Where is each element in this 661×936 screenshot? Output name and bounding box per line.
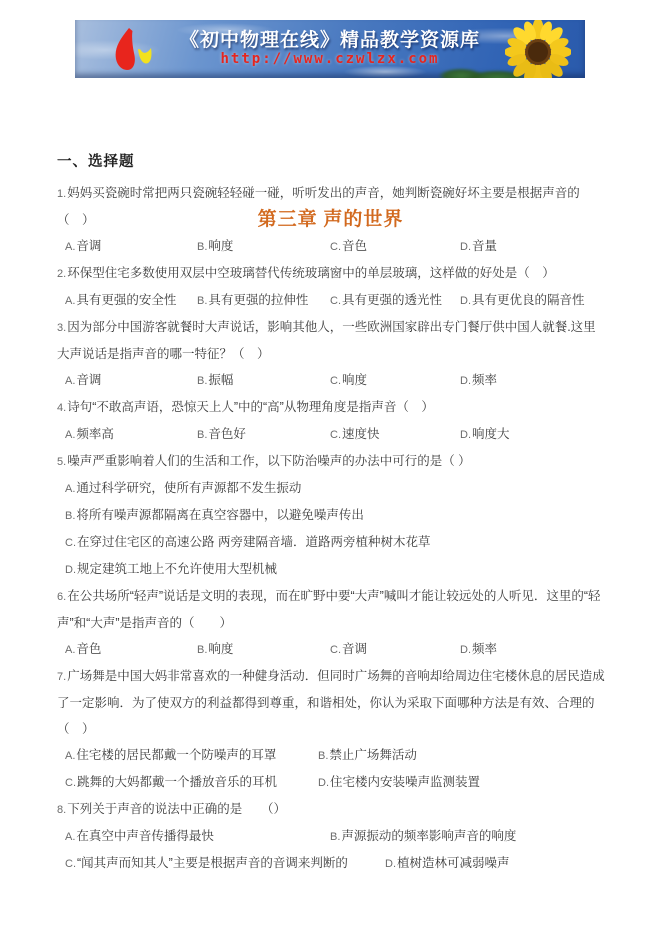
question-text: 3.因为部分中国游客就餐时大声说话，影响其他人，一些欧洲国家辟出专门餐厅供中国人… xyxy=(57,314,607,367)
answer-option: C.具有更强的透光性 xyxy=(330,287,460,314)
answer-option: B.声源振动的频率影响声音的响度 xyxy=(330,823,516,850)
question-block: 4.诗句“不敢高声语，恐惊天上人”中的“高”从物理角度是指声音（ ）A.频率高B… xyxy=(57,394,607,448)
option-letter: D. xyxy=(460,241,472,253)
answer-option: B.音色好 xyxy=(197,421,330,448)
option-row: A.频率高B.音色好C.速度快D.响度大 xyxy=(57,421,607,448)
section-heading: 一、选择题 xyxy=(57,152,135,172)
answer-option: D.频率 xyxy=(460,636,497,663)
option-letter: A. xyxy=(65,644,76,656)
question-block: 6.在公共场所“轻声”说话是文明的表现，而在旷野中要“大声”喊叫才能让较远处的人… xyxy=(57,583,607,663)
option-letter: C. xyxy=(330,241,342,253)
option-letter: D. xyxy=(460,644,472,656)
answer-option: A.通过科学研究，使所有声源都不发生振动 xyxy=(65,475,301,502)
answer-option: C.“闻其声而知其人”主要是根据声音的音调来判断的 xyxy=(65,850,385,877)
option-letter: C. xyxy=(65,537,77,549)
question-text: 8.下列关于声音的说法中正确的是 （） xyxy=(57,796,607,823)
question-text: 7.广场舞是中国大妈非常喜欢的一种健身活动．但同时广场舞的音响却给周边住宅楼休息… xyxy=(57,663,607,742)
answer-option: C.音色 xyxy=(330,233,460,260)
question-number: 3. xyxy=(57,322,67,334)
answer-option: B.响度 xyxy=(197,636,330,663)
option-letter: A. xyxy=(65,429,76,441)
option-letter: A. xyxy=(65,241,76,253)
answer-option: B.具有更强的拉伸性 xyxy=(197,287,330,314)
question-text: 5.噪声严重影响着人们的生活和工作，以下防治噪声的办法中可行的是（ ） xyxy=(57,448,607,475)
option-letter: C. xyxy=(330,295,342,307)
question-block: 3.因为部分中国游客就餐时大声说话，影响其他人，一些欧洲国家辟出专门餐厅供中国人… xyxy=(57,314,607,394)
option-row: A.音调B.响度C.音色D.音量 xyxy=(57,233,607,260)
answer-option: A.音色 xyxy=(65,636,197,663)
answer-option: D.规定建筑工地上不允许使用大型机械 xyxy=(65,556,277,583)
question-block: 2.环保型住宅多数使用双层中空玻璃替代传统玻璃窗中的单层玻璃，这样做的好处是（ … xyxy=(57,260,607,314)
answer-option: D.住宅楼内安装噪声监测装置 xyxy=(318,769,480,796)
answer-option: D.响度大 xyxy=(460,421,510,448)
question-block: 5.噪声严重影响着人们的生活和工作，以下防治噪声的办法中可行的是（ ）A.通过科… xyxy=(57,448,607,583)
option-row: C.在穿过住宅区的高速公路 两旁建隔音墙．道路两旁植种树木花草 xyxy=(57,529,607,556)
answer-option: B.将所有噪声源都隔离在真空容器中，以避免噪声传出 xyxy=(65,502,364,529)
answer-option: D.具有更优良的隔音性 xyxy=(460,287,585,314)
question-block: 8.下列关于声音的说法中正确的是 （）A.在真空中声音传播得最快B.声源振动的频… xyxy=(57,796,607,877)
answer-option: C.在穿过住宅区的高速公路 两旁建隔音墙．道路两旁植种树木花草 xyxy=(65,529,430,556)
answer-option: D.植树造林可减弱噪声 xyxy=(385,850,510,877)
answer-option: C.速度快 xyxy=(330,421,460,448)
question-text: 4.诗句“不敢高声语，恐惊天上人”中的“高”从物理角度是指声音（ ） xyxy=(57,394,607,421)
option-letter: C. xyxy=(65,858,77,870)
question-number: 7. xyxy=(57,671,67,683)
answer-option: A.在真空中声音传播得最快 xyxy=(65,823,330,850)
answer-option: A.音调 xyxy=(65,367,197,394)
answer-option: C.响度 xyxy=(330,367,460,394)
answer-option: B.响度 xyxy=(197,233,330,260)
site-banner: 《初中物理在线》精品教学资源库 http://www.czwlzx.com xyxy=(75,20,585,78)
option-row: D.规定建筑工地上不允许使用大型机械 xyxy=(57,556,607,583)
answer-option: C.音调 xyxy=(330,636,460,663)
option-letter: D. xyxy=(460,429,472,441)
worksheet-page: { "banner": { "title": "《初中物理在线》精品教学资源库"… xyxy=(0,0,661,936)
option-row: A.具有更强的安全性B.具有更强的拉伸性C.具有更强的透光性D.具有更优良的隔音… xyxy=(57,287,607,314)
option-letter: D. xyxy=(460,375,472,387)
option-row: A.音调B.振幅C.响度D.频率 xyxy=(57,367,607,394)
option-letter: B. xyxy=(330,831,341,843)
answer-option: A.音调 xyxy=(65,233,197,260)
question-text: 2.环保型住宅多数使用双层中空玻璃替代传统玻璃窗中的单层玻璃，这样做的好处是（ … xyxy=(57,260,607,287)
option-letter: B. xyxy=(318,750,329,762)
answer-option: D.频率 xyxy=(460,367,497,394)
option-letter: B. xyxy=(197,375,208,387)
option-row: C.“闻其声而知其人”主要是根据声音的音调来判断的D.植树造林可减弱噪声 xyxy=(57,850,607,877)
question-block: 7.广场舞是中国大妈非常喜欢的一种健身活动．但同时广场舞的音响却给周边住宅楼休息… xyxy=(57,663,607,796)
option-letter: B. xyxy=(65,510,76,522)
option-row: A.住宅楼的居民都戴一个防噪声的耳罩B.禁止广场舞活动 xyxy=(57,742,607,769)
sunflower-icon xyxy=(505,20,571,78)
option-letter: B. xyxy=(197,644,208,656)
questions-list: 1.妈妈买瓷碗时常把两只瓷碗轻轻碰一碰，听听发出的声音，她判断瓷碗好坏主要是根据… xyxy=(57,180,607,877)
option-letter: A. xyxy=(65,375,76,387)
option-letter: D. xyxy=(318,777,330,789)
question-block: 1.妈妈买瓷碗时常把两只瓷碗轻轻碰一碰，听听发出的声音，她判断瓷碗好坏主要是根据… xyxy=(57,180,607,260)
question-number: 5. xyxy=(57,456,67,468)
question-number: 4. xyxy=(57,402,67,414)
answer-option: C.跳舞的大妈都戴一个播放音乐的耳机 xyxy=(65,769,318,796)
option-letter: A. xyxy=(65,831,76,843)
option-letter: B. xyxy=(197,241,208,253)
option-letter: A. xyxy=(65,483,76,495)
option-letter: A. xyxy=(65,295,76,307)
option-row: A.音色B.响度C.音调D.频率 xyxy=(57,636,607,663)
question-text: 1.妈妈买瓷碗时常把两只瓷碗轻轻碰一碰，听听发出的声音，她判断瓷碗好坏主要是根据… xyxy=(57,180,607,233)
option-row: A.在真空中声音传播得最快B.声源振动的频率影响声音的响度 xyxy=(57,823,607,850)
option-letter: C. xyxy=(330,375,342,387)
answer-option: B.振幅 xyxy=(197,367,330,394)
option-letter: D. xyxy=(460,295,472,307)
question-number: 8. xyxy=(57,804,67,816)
answer-option: A.住宅楼的居民都戴一个防噪声的耳罩 xyxy=(65,742,318,769)
answer-option: B.禁止广场舞活动 xyxy=(318,742,417,769)
option-row: A.通过科学研究，使所有声源都不发生振动 xyxy=(57,475,607,502)
option-letter: A. xyxy=(65,750,76,762)
question-number: 2. xyxy=(57,268,67,280)
option-letter: D. xyxy=(65,564,77,576)
option-letter: C. xyxy=(65,777,77,789)
option-row: C.跳舞的大妈都戴一个播放音乐的耳机D.住宅楼内安装噪声监测装置 xyxy=(57,769,607,796)
option-letter: C. xyxy=(330,429,342,441)
question-number: 1. xyxy=(57,188,67,200)
question-number: 6. xyxy=(57,591,67,603)
option-row: B.将所有噪声源都隔离在真空容器中，以避免噪声传出 xyxy=(57,502,607,529)
option-letter: D. xyxy=(385,858,397,870)
answer-option: D.音量 xyxy=(460,233,497,260)
option-letter: B. xyxy=(197,295,208,307)
question-text: 6.在公共场所“轻声”说话是文明的表现，而在旷野中要“大声”喊叫才能让较远处的人… xyxy=(57,583,607,636)
option-letter: C. xyxy=(330,644,342,656)
answer-option: A.频率高 xyxy=(65,421,197,448)
option-letter: B. xyxy=(197,429,208,441)
answer-option: A.具有更强的安全性 xyxy=(65,287,197,314)
